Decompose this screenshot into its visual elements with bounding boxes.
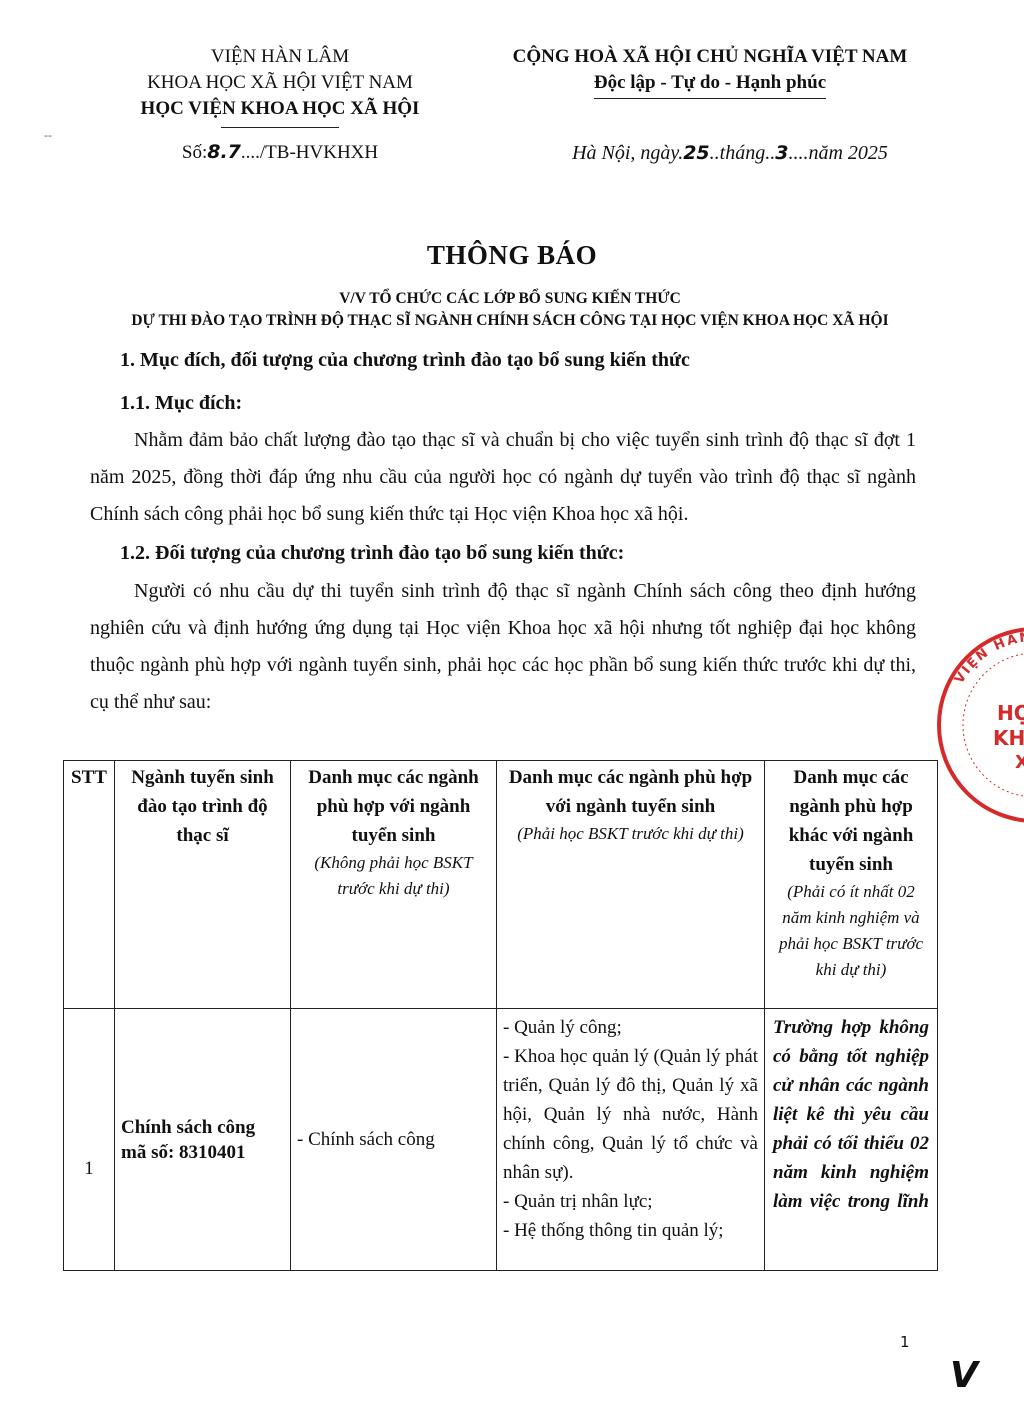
cell-compatible-bskt: - Quản lý công; - Khoa học quản lý (Quản… (497, 1009, 765, 1271)
list-item: - Khoa học quản lý (Quản lý phát triển, … (503, 1042, 758, 1187)
section-1-2-paragraph: Người có nhu cầu dự thi tuyển sinh trình… (90, 573, 916, 721)
document-date: Hà Nội, ngày.25..tháng..3....năm 2025 (520, 142, 940, 165)
header-compatible: Danh mục các ngành phù hợp với ngành tuy… (291, 761, 497, 1009)
list-item: - Quản trị nhân lực; (503, 1187, 758, 1216)
table-header-row: STT Ngành tuyển sinh đào tạo trình độ th… (64, 761, 938, 1009)
initials-mark: V (950, 1355, 978, 1396)
section-1-1-heading: 1.1. Mục đích: (120, 392, 242, 415)
national-header: CỘNG HOÀ XÃ HỘI CHỦ NGHĨA VIỆT NAM Độc l… (480, 44, 940, 99)
handwritten-month: 3 (775, 142, 788, 164)
list-item: - Hệ thống thông tin quản lý; (503, 1216, 758, 1245)
section-1-heading: 1. Mục đích, đối tượng của chương trình … (120, 349, 690, 372)
section-1-1-paragraph: Nhằm đảm bảo chất lượng đào tạo thạc sĩ … (90, 422, 916, 533)
header-other: Danh mục các ngành phù hợp khác với ngàn… (765, 761, 938, 1009)
section-1-2-heading: 1.2. Đối tượng của chương trình đào tạo … (120, 542, 624, 565)
header-divider (221, 127, 339, 128)
handwritten-day: 25 (683, 142, 709, 164)
table-row: 1 Chính sách công mã số: 8310401 - Chính… (64, 1009, 938, 1271)
header-compatible-bskt: Danh mục các ngành phù hợp với ngành tuy… (497, 761, 765, 1009)
national-motto: Độc lập - Tự do - Hạnh phúc (594, 70, 826, 99)
cell-compatible: - Chính sách công (291, 1009, 497, 1271)
svg-text:KHOA: KHOA (993, 726, 1024, 750)
requirements-table: STT Ngành tuyển sinh đào tạo trình độ th… (63, 760, 938, 1271)
official-seal-stamp: VIỆN HÀN LÂM KHOA HỌC HỌC VIỆN KHOA XÃ (935, 625, 1024, 825)
header-stt: STT (64, 761, 115, 1009)
document-number: Số:8.7..../TB-HVKHXH (80, 141, 480, 164)
list-item: - Quản lý công; (503, 1013, 758, 1042)
cell-other: Trường hợp không có bằng tốt nghiệp cử n… (765, 1009, 938, 1271)
agency-line-2: KHOA HỌC XÃ HỘI VIỆT NAM (80, 70, 480, 96)
country-name: CỘNG HOÀ XÃ HỘI CHỦ NGHĨA VIỆT NAM (480, 44, 940, 70)
header-major: Ngành tuyển sinh đào tạo trình độ thạc s… (115, 761, 291, 1009)
seal-icon: VIỆN HÀN LÂM KHOA HỌC HỌC VIỆN KHOA XÃ (935, 625, 1024, 825)
svg-text:HỌC VIỆN: HỌC VIỆN (997, 701, 1024, 725)
document-title: THÔNG BÁO (0, 240, 1024, 271)
agency-line-1: VIỆN HÀN LÂM (80, 44, 480, 70)
page-number: 1 (900, 1333, 910, 1351)
agency-line-3: HỌC VIỆN KHOA HỌC XÃ HỘI (80, 96, 480, 122)
cell-stt: 1 (64, 1009, 115, 1271)
scan-mark: ‐‐ (44, 128, 52, 143)
issuing-agency-header: VIỆN HÀN LÂM KHOA HỌC XÃ HỘI VIỆT NAM HỌ… (80, 44, 480, 128)
svg-text:XÃ: XÃ (1015, 750, 1024, 773)
cell-major: Chính sách công mã số: 8310401 (115, 1009, 291, 1271)
handwritten-number: 8.7 (207, 141, 241, 163)
document-subtitle: V/V TỔ CHỨC CÁC LỚP BỔ SUNG KIẾN THỨC DỰ… (60, 288, 960, 332)
